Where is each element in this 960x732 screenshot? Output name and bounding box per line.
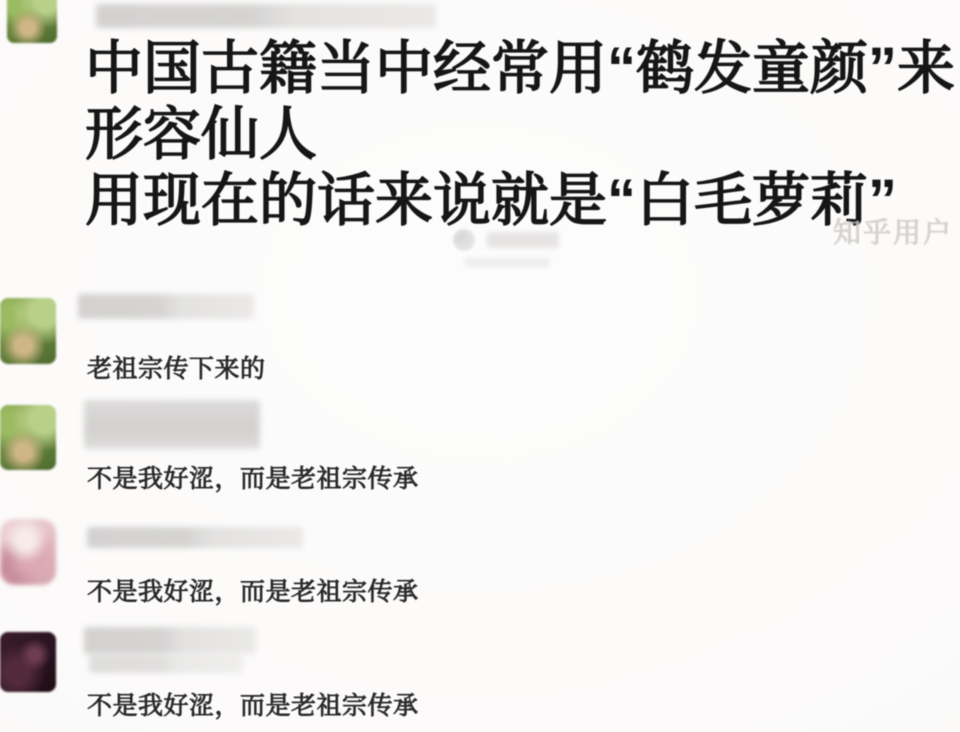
comment-author-avatar[interactable]: [0, 405, 56, 470]
comment-text: 不是我好涩，而是老祖宗传承: [87, 572, 419, 608]
watermark-text-redacted: [487, 232, 559, 248]
post-author-avatar[interactable]: [7, 0, 57, 43]
comment-text: 不是我好涩，而是老祖宗传承: [87, 686, 419, 722]
comment-author-name-redacted[interactable]: [84, 400, 260, 449]
comment-author-name-redacted[interactable]: [78, 294, 254, 319]
comment-author-badge-redacted: [89, 654, 243, 673]
comment-author-name-redacted[interactable]: [87, 527, 303, 548]
post-text-line: 中国古籍当中经常用“鹤发童颜”来: [85, 36, 955, 102]
comment-text: 老祖宗传下来的: [87, 349, 266, 385]
post-text: 中国古籍当中经常用“鹤发童颜”来 形容仙人 用现在的话来说就是“白毛萝莉”: [85, 36, 955, 234]
post-text-line: 形容仙人: [85, 102, 955, 168]
post-author-name-redacted[interactable]: [96, 4, 436, 28]
watermark-logo-icon: [453, 229, 475, 251]
watermark-smudge: [465, 258, 550, 267]
post-text-line: 用现在的话来说就是“白毛萝莉”: [85, 168, 955, 234]
comment-author-avatar[interactable]: [0, 632, 56, 692]
comment-author-name-redacted[interactable]: [84, 627, 256, 654]
zhihu-user-watermark: 知乎用户: [833, 211, 953, 251]
comment-author-avatar[interactable]: [0, 298, 56, 364]
comment-author-avatar[interactable]: [0, 519, 56, 585]
comment-text: 不是我好涩，而是老祖宗传承: [87, 459, 419, 495]
comment-thread-screenshot: 中国古籍当中经常用“鹤发童颜”来 形容仙人 用现在的话来说就是“白毛萝莉” 知乎…: [0, 0, 960, 732]
